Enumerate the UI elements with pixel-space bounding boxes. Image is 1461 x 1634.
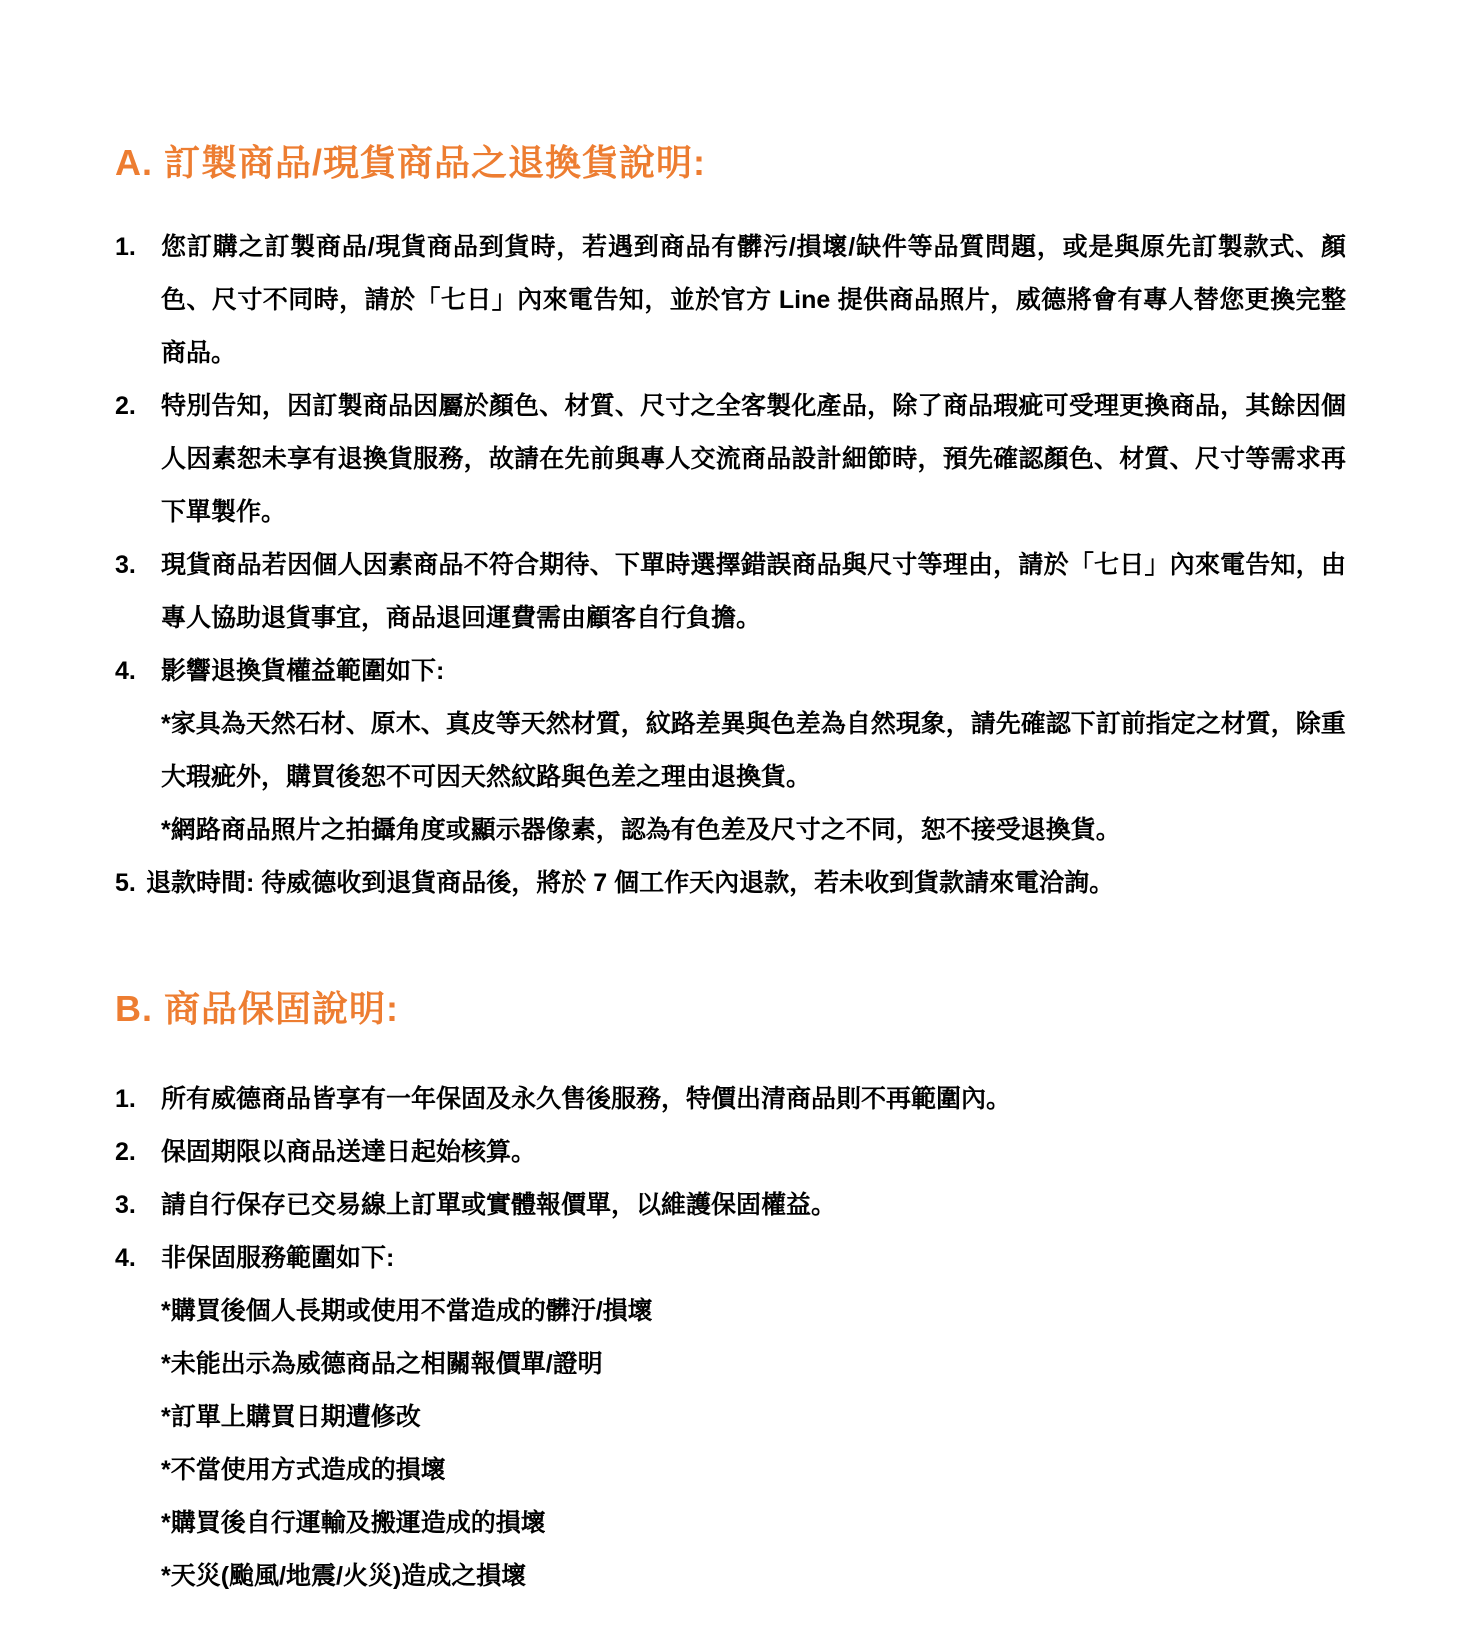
list-item-b2: 2. 保固期限以商品送達日起始核算。 — [115, 1126, 1346, 1179]
item-text: 退款時間: 待威德收到退貨商品後，將於 7 個工作天內退款，若未收到貨款請來電洽… — [146, 857, 1336, 910]
policy-document: A. 訂製商品/現貨商品之退換貨說明: 1. 您訂購之訂製商品/現貨商品到貨時，… — [0, 0, 1461, 1634]
item-number: 1. — [115, 221, 161, 274]
sub-item: *不當使用方式造成的損壞 — [161, 1444, 1346, 1497]
list-item-a2: 2. 特別告知，因訂製商品因屬於顏色、材質、尺寸之全客製化產品，除了商品瑕疵可受… — [115, 380, 1346, 539]
item-number: 3. — [115, 1179, 161, 1232]
item-number: 4. — [115, 645, 161, 698]
list-item-b1: 1. 所有威德商品皆享有一年保固及永久售後服務，特價出清商品則不再範圍內。 — [115, 1073, 1346, 1126]
section-b-list: 1. 所有威德商品皆享有一年保固及永久售後服務，特價出清商品則不再範圍內。 2.… — [115, 1073, 1346, 1603]
item-text: 所有威德商品皆享有一年保固及永久售後服務，特價出清商品則不再範圍內。 — [161, 1073, 1346, 1126]
list-item-a5: 5. 退款時間: 待威德收到退貨商品後，將於 7 個工作天內退款，若未收到貨款請… — [115, 857, 1346, 910]
sub-item: *家具為天然石材、原木、真皮等天然材質，紋路差異與色差為自然現象，請先確認下訂前… — [161, 698, 1346, 804]
sub-item: *天災(颱風/地震/火災)造成之損壞 — [161, 1550, 1346, 1603]
item-text-line: 非保固服務範圍如下: — [161, 1232, 1346, 1285]
item-text: 請自行保存已交易線上訂單或實體報價單，以維護保固權益。 — [161, 1179, 1346, 1232]
item-text: 特別告知，因訂製商品因屬於顏色、材質、尺寸之全客製化產品，除了商品瑕疵可受理更換… — [161, 380, 1346, 539]
item-text: 現貨商品若因個人因素商品不符合期待、下單時選擇錯誤商品與尺寸等理由，請於「七日」… — [161, 539, 1346, 645]
list-item-b3: 3. 請自行保存已交易線上訂單或實體報價單，以維護保固權益。 — [115, 1179, 1346, 1232]
item-number: 2. — [115, 380, 161, 433]
item-text: 影響退換貨權益範圍如下: *家具為天然石材、原木、真皮等天然材質，紋路差異與色差… — [161, 645, 1346, 857]
sub-item: *訂單上購買日期遭修改 — [161, 1391, 1346, 1444]
item-number: 2. — [115, 1126, 161, 1179]
section-a-list: 1. 您訂購之訂製商品/現貨商品到貨時，若遇到商品有髒污/損壞/缺件等品質問題，… — [115, 221, 1346, 910]
item-number: 3. — [115, 539, 161, 592]
section-b-heading: B. 商品保固說明: — [115, 986, 1346, 1033]
list-item-b4: 4. 非保固服務範圍如下: *購買後個人長期或使用不當造成的髒汙/損壞 *未能出… — [115, 1232, 1346, 1603]
item-number: 4. — [115, 1232, 161, 1285]
list-item-a3: 3. 現貨商品若因個人因素商品不符合期待、下單時選擇錯誤商品與尺寸等理由，請於「… — [115, 539, 1346, 645]
item-text: 保固期限以商品送達日起始核算。 — [161, 1126, 1346, 1179]
sub-item: *購買後自行運輸及搬運造成的損壞 — [161, 1497, 1346, 1550]
sub-item: *購買後個人長期或使用不當造成的髒汙/損壞 — [161, 1285, 1346, 1338]
list-item-a1: 1. 您訂購之訂製商品/現貨商品到貨時，若遇到商品有髒污/損壞/缺件等品質問題，… — [115, 221, 1346, 380]
item-number: 1. — [115, 1073, 161, 1126]
sub-item: *未能出示為威德商品之相關報價單/證明 — [161, 1338, 1346, 1391]
list-item-a4: 4. 影響退換貨權益範圍如下: *家具為天然石材、原木、真皮等天然材質，紋路差異… — [115, 645, 1346, 857]
item-text: 非保固服務範圍如下: *購買後個人長期或使用不當造成的髒汙/損壞 *未能出示為威… — [161, 1232, 1346, 1603]
sub-item: *網路商品照片之拍攝角度或顯示器像素，認為有色差及尺寸之不同，恕不接受退換貨。 — [161, 804, 1346, 857]
item-text-line: 影響退換貨權益範圍如下: — [161, 645, 1346, 698]
item-number: 5. — [115, 857, 146, 910]
section-a-heading: A. 訂製商品/現貨商品之退換貨說明: — [115, 140, 1346, 187]
item-text: 您訂購之訂製商品/現貨商品到貨時，若遇到商品有髒污/損壞/缺件等品質問題，或是與… — [161, 221, 1346, 380]
